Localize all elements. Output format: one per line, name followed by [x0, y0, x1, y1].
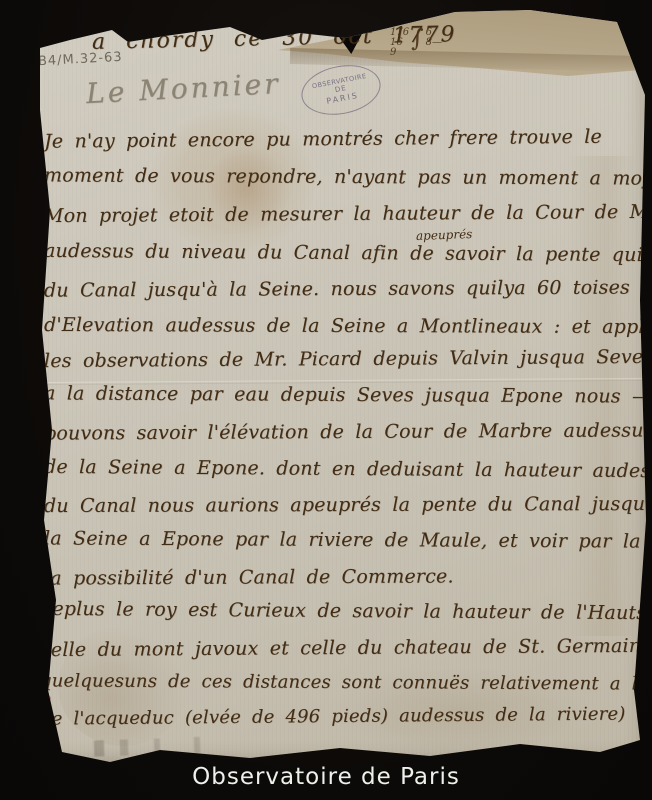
letter-line: moment de vous repondre, n'ayant pas un … [44, 164, 650, 189]
museum-caption: Observatoire de Paris [0, 764, 652, 790]
calculation-left-stack: 176 16 9 [390, 28, 409, 58]
letter-line: les observations de Mr. Picard depuis Va… [44, 346, 650, 372]
letter-line: de l'acqueduc (elvée de 496 pieds) audes… [40, 703, 646, 729]
observatoire-de-paris-stamp: OBSERVATOIRE DE PARIS [297, 59, 385, 121]
letter-line: la possibilité d'un Canal de Commerce. [44, 564, 650, 589]
photograph-of-letter: a chordy ce 30 oct 1779 176 16 9 ∫ 6 8— … [0, 0, 652, 800]
letter-line: quelquesuns de ces distances sont connuë… [40, 670, 646, 694]
letter-line: deplus le roy est Curieux de savoir la h… [40, 598, 646, 624]
letter-line: de la Seine a Epone. dont en deduisant l… [44, 456, 650, 482]
pencil-smudge-marks [94, 735, 244, 756]
interline-insertion: apeuprés [416, 227, 473, 243]
letter-line: Je n'ay point encore pu montrés cher fre… [44, 125, 650, 152]
letter-line: d'Elevation audessus de la Seine a Montl… [44, 314, 650, 338]
calculation-right-stack: 6 8— [426, 28, 442, 48]
letter-line: celle du mont javoux et celle du chateau… [40, 635, 646, 661]
red-ink-margin-mark [41, 696, 51, 726]
margin-calculation: 176 16 9 ∫ 6 8— [390, 28, 442, 58]
archival-shelfmark: B4/M.32-63 [38, 50, 123, 69]
letter-line: du Canal nous aurions apeuprés la pente … [44, 493, 650, 517]
calc-number: 8— [426, 38, 442, 48]
letter-line: pouvons savoir l'élévation de la Cour de… [44, 419, 650, 444]
letter-line: la Seine a Epone par la riviere de Maule… [44, 527, 650, 552]
letter-paper: a chordy ce 30 oct 1779 176 16 9 ∫ 6 8— … [28, 6, 652, 766]
letter-line: a la distance par eau depuis Seves jusqu… [44, 382, 650, 407]
calc-brace: ∫ [411, 26, 424, 50]
collection-inscription: Le Monnier [85, 67, 281, 110]
stamp-text-bottom: PARIS [326, 91, 360, 106]
letter-line: du Canal jusqu'à la Seine. nous savons q… [44, 276, 650, 301]
letter-line: audessus du niveau du Canal afin de savo… [44, 240, 650, 266]
letter-line: Mon projet etoit de mesurer la hauteur d… [44, 201, 650, 227]
calc-number: 9 [390, 48, 409, 58]
